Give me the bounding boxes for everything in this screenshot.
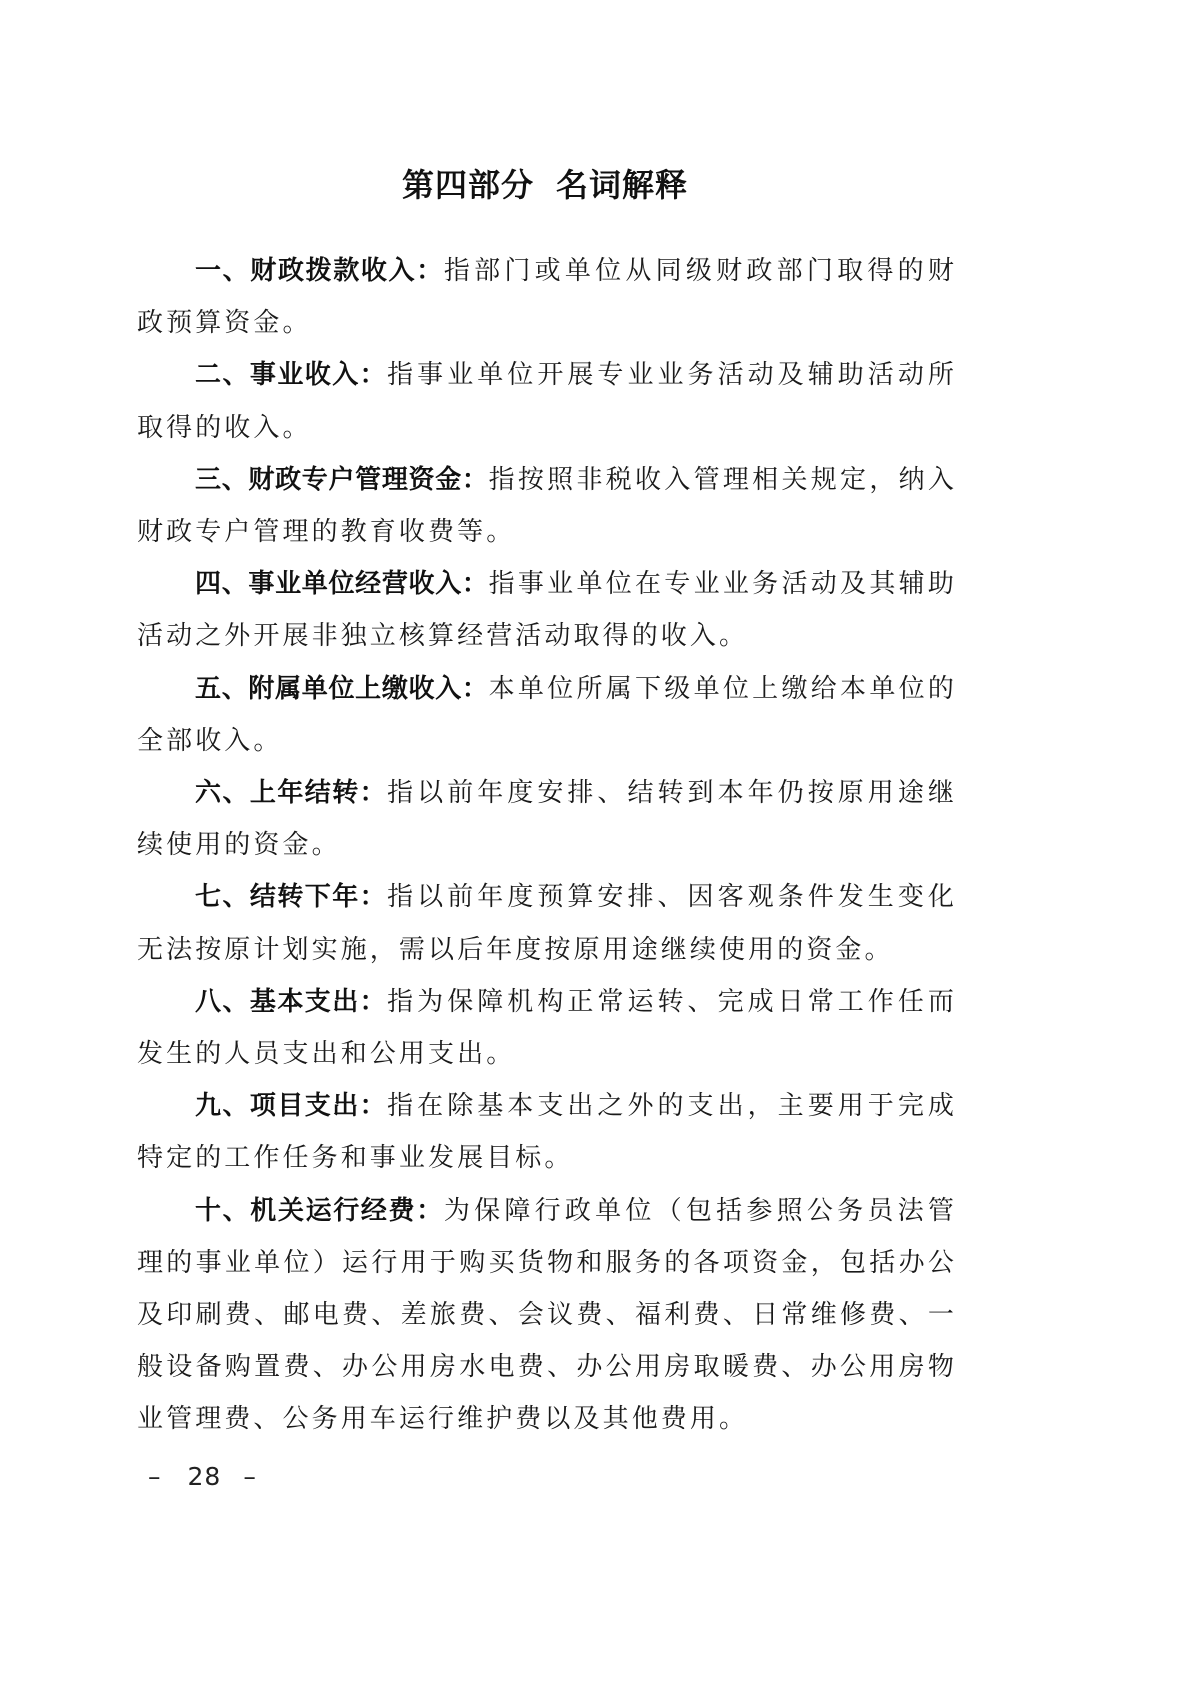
document-page: 第四部分名词解释 一、财政拨款收入：指部门或单位从同级财政部门取得的财政预算资金…: [0, 0, 1190, 1683]
glossary-term: 八、基本支出：: [195, 987, 387, 1017]
glossary-term: 二、事业收入：: [195, 360, 387, 390]
glossary-entry: 八、基本支出：指为保障机构正常运转、完成日常工作任而发生的人员支出和公用支出。: [137, 976, 957, 1080]
glossary-entry: 五、附属单位上缴收入：本单位所属下级单位上缴给本单位的全部收入。: [137, 663, 957, 767]
glossary-entry: 四、事业单位经营收入：指事业单位在专业业务活动及其辅助活动之外开展非独立核算经营…: [137, 558, 957, 662]
page-number-dash-right: –: [243, 1462, 257, 1491]
glossary-term: 十、机关运行经费：: [195, 1196, 444, 1226]
page-number: –28–: [148, 1462, 257, 1491]
glossary-entry: 一、财政拨款收入：指部门或单位从同级财政部门取得的财政预算资金。: [137, 245, 957, 349]
title-name: 名词解释: [556, 166, 688, 204]
glossary-entry: 十、机关运行经费：为保障行政单位（包括参照公务员法管理的事业单位）运行用于购买货…: [137, 1185, 957, 1446]
glossary-term: 六、上年结转：: [195, 778, 387, 808]
page-title: 第四部分名词解释: [0, 161, 1090, 209]
page-number-value: 28: [188, 1462, 222, 1491]
page-number-dash-left: –: [148, 1462, 162, 1491]
glossary-entry: 三、财政专户管理资金：指按照非税收入管理相关规定，纳入财政专户管理的教育收费等。: [137, 454, 957, 558]
glossary-entry: 九、项目支出：指在除基本支出之外的支出，主要用于完成特定的工作任务和事业发展目标…: [137, 1080, 957, 1184]
glossary-term: 七、结转下年：: [195, 882, 387, 912]
glossary-term: 三、财政专户管理资金：: [195, 465, 489, 495]
glossary-entry: 二、事业收入：指事业单位开展专业业务活动及辅助活动所取得的收入。: [137, 349, 957, 453]
glossary-entry: 六、上年结转：指以前年度安排、结转到本年仍按原用途继续使用的资金。: [137, 767, 957, 871]
glossary-term: 五、附属单位上缴收入：: [195, 674, 489, 704]
glossary-entry: 七、结转下年：指以前年度预算安排、因客观条件发生变化无法按原计划实施，需以后年度…: [137, 871, 957, 975]
glossary-body: 一、财政拨款收入：指部门或单位从同级财政部门取得的财政预算资金。 二、事业收入：…: [137, 245, 957, 1446]
glossary-definition: 为保障行政单位（包括参照公务员法管理的事业单位）运行用于购买货物和服务的各项资金…: [137, 1196, 957, 1435]
title-part: 第四部分: [402, 166, 534, 204]
glossary-term: 九、项目支出：: [195, 1091, 387, 1121]
glossary-term: 四、事业单位经营收入：: [195, 569, 489, 599]
glossary-term: 一、财政拨款收入：: [195, 256, 444, 286]
